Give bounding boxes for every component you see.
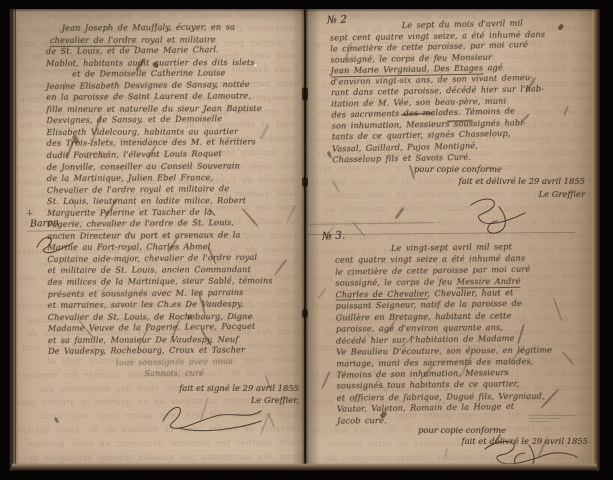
record-number: № 3. [322, 229, 346, 242]
manuscript-line: Madame Veuve de la Pagerie, Lecure, Pacq… [48, 321, 300, 335]
ink-stroke [321, 371, 331, 390]
year-showthrough: 1838 [85, 151, 112, 162]
record-bottom-conforme: pour copie conforme [336, 425, 588, 435]
manuscript-line: en la paroisse de Saint Laurent de Lamou… [46, 90, 298, 103]
page-stack-edge-bottom [12, 463, 597, 471]
ink-stroke [444, 448, 448, 458]
left-page-text: Jean Joseph de Mauffaly, écuyer, en sach… [46, 21, 300, 381]
manuscript-line: Jean Joseph de Mauffaly, écuyer, en sa [46, 21, 298, 34]
record-top-date-line: fait et délivré le 29 avril 1855 [331, 176, 585, 186]
record-top-conforme: pour copie conforme [331, 164, 585, 174]
archival-scan: feu monsieur demeurant en cette paroisse… [0, 0, 613, 480]
binding-stitch [302, 309, 308, 318]
right-page-record-bottom-text: Le vingt-sept avril mil septcent quatre … [335, 240, 589, 426]
right-page-record-top-text: Le sept du mois d'avril milsept cent qua… [330, 17, 587, 165]
binding-stitch [302, 177, 308, 187]
page-stack-edge-right [592, 9, 600, 471]
book-gutter [292, 9, 320, 471]
margin-cross-mark: + [26, 209, 34, 219]
ink-stroke [54, 417, 60, 424]
left-page-date-line: fait et signé le 29 avril 1855 [47, 383, 299, 393]
page-edge-top [11, 9, 598, 12]
ink-stroke [394, 207, 404, 220]
paper-speck [254, 64, 257, 67]
margin-paraphe-flourish [33, 233, 77, 255]
gutter-seam [304, 9, 306, 471]
margin-note-baron: Baron [30, 217, 60, 230]
pencil-annotation [529, 413, 575, 424]
page-stack-edge-left [9, 9, 18, 471]
binding-stitch [302, 87, 308, 101]
manuscript-line: et marraines, savoir les Ch.es De Vaudes… [48, 298, 300, 311]
manuscript-line: de Jonville, conseiller au Conseil Souve… [47, 160, 299, 173]
signature-flourish [157, 401, 275, 433]
manuscript-line: Sannois, curé [48, 368, 300, 381]
paper-speck [261, 87, 263, 89]
book-spread: feu monsieur demeurant en cette paroisse… [9, 9, 600, 471]
manuscript-line: Desvignes, de Sansay, et de Demoiselle [46, 113, 298, 127]
manuscript-line: de St. Louis, et de Dame Marie Charl. [46, 43, 298, 57]
signature-flourish [461, 195, 557, 237]
